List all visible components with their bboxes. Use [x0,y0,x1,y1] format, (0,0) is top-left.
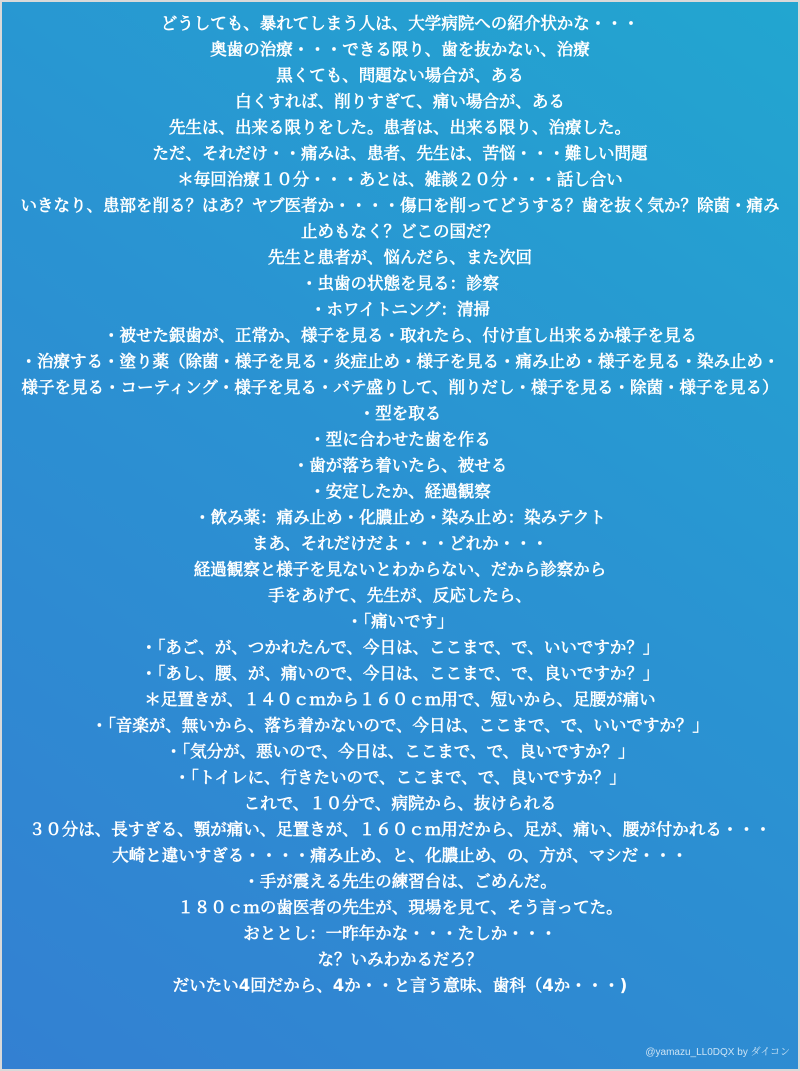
text-line: ・被せた銀歯が、正常か、様子を見る・取れたら、付け直し出来るか様子を見る [16,323,784,349]
text-line: 白くすれば、削りすぎて、痛い場合が、ある [16,89,784,115]
text-line: これで、１０分で、病院から、抜けられる [16,791,784,817]
text-line: 手をあげて、先生が、反応したら、 [16,583,784,609]
text-line: ただ、それだけ・・痛みは、患者、先生は、苦悩・・・難しい問題 [16,141,784,167]
text-line: ・手が震える先生の練習台は、ごめんだ。 [16,869,784,895]
watermark: @yamazu_LL0DQX by ダイコン [645,1047,790,1059]
text-line: ・「あご、が、つかれたんで、今日は、ここまで、で、いいですか？」 [16,635,784,661]
text-line: 黒くても、問題ない場合が、ある [16,63,784,89]
text-line: ・飲み薬：痛み止め・化膿止め・染み止め：染みテクト [16,505,784,531]
text-line: だいたい4回だから、4か・・と言う意味、歯科（4か・・・) [16,973,784,999]
text-line: ・「音楽が、無いから、落ち着かないので、今日は、ここまで、で、いいですか？」 [16,713,784,739]
text-line: おととし：一昨年かな・・・たしか・・・ [16,921,784,947]
text-line: まあ、それだけだよ・・・どれか・・・ [16,531,784,557]
text-line: ・型に合わせた歯を作る [16,427,784,453]
text-line: 先生は、出来る限りをした。患者は、出来る限り、治療した。 [16,115,784,141]
text-line: ・「気分が、悪いので、今日は、ここまで、で、良いですか？」 [16,739,784,765]
text-line: 奥歯の治療・・・できる限り、歯を抜かない、治療 [16,37,784,63]
text-card: どうしても、暴れてしまう人は、大学病院への紹介状かな・・・ 奥歯の治療・・・でき… [2,2,798,1069]
text-line: １８０ｃｍの歯医者の先生が、現場を見て、そう言ってた。 [16,895,784,921]
text-line: 大崎と違いすぎる・・・・痛み止め、と、化膿止め、の、方が、マシだ・・・ [16,843,784,869]
text-line: ＊足置きが、１４０ｃｍから１６０ｃｍ用で、短いから、足腰が痛い [16,687,784,713]
text-line: ・安定したか、経過観察 [16,479,784,505]
text-line: ・ホワイトニング：清掃 [16,297,784,323]
text-line: ・歯が落ち着いたら、被せる [16,453,784,479]
text-line: ３０分は、長すぎる、顎が痛い、足置きが、１６０ｃｍ用だから、足が、痛い、腰が付か… [16,817,784,843]
text-line: な？いみわかるだろ？ [16,947,784,973]
text-line: どうしても、暴れてしまう人は、大学病院への紹介状かな・・・ [16,11,784,37]
text-line: 先生と患者が、悩んだら、また次回 [16,245,784,271]
text-line: ・「あし、腰、が、痛いので、今日は、ここまで、で、良いですか？」 [16,661,784,687]
text-line: ・型を取る [16,401,784,427]
text-line: ・「トイレに、行きたいので、ここまで、で、良いですか？」 [16,765,784,791]
text-line: ＊毎回治療１０分・・・あとは、雑談２０分・・・話し合い [16,167,784,193]
text-line: ・虫歯の状態を見る：診察 [16,271,784,297]
text-body: どうしても、暴れてしまう人は、大学病院への紹介状かな・・・ 奥歯の治療・・・でき… [16,11,784,999]
text-line: ・治療する・塗り薬（除菌・様子を見る・炎症止め・様子を見る・痛み止め・様子を見る… [16,349,784,401]
text-line: 経過観察と様子を見ないとわからない、だから診察から [16,557,784,583]
text-line: ・「痛いです」 [16,609,784,635]
text-line: いきなり、患部を削る？はあ？ヤブ医者か・・・・傷口を削ってどうする？歯を抜く気か… [16,193,784,245]
